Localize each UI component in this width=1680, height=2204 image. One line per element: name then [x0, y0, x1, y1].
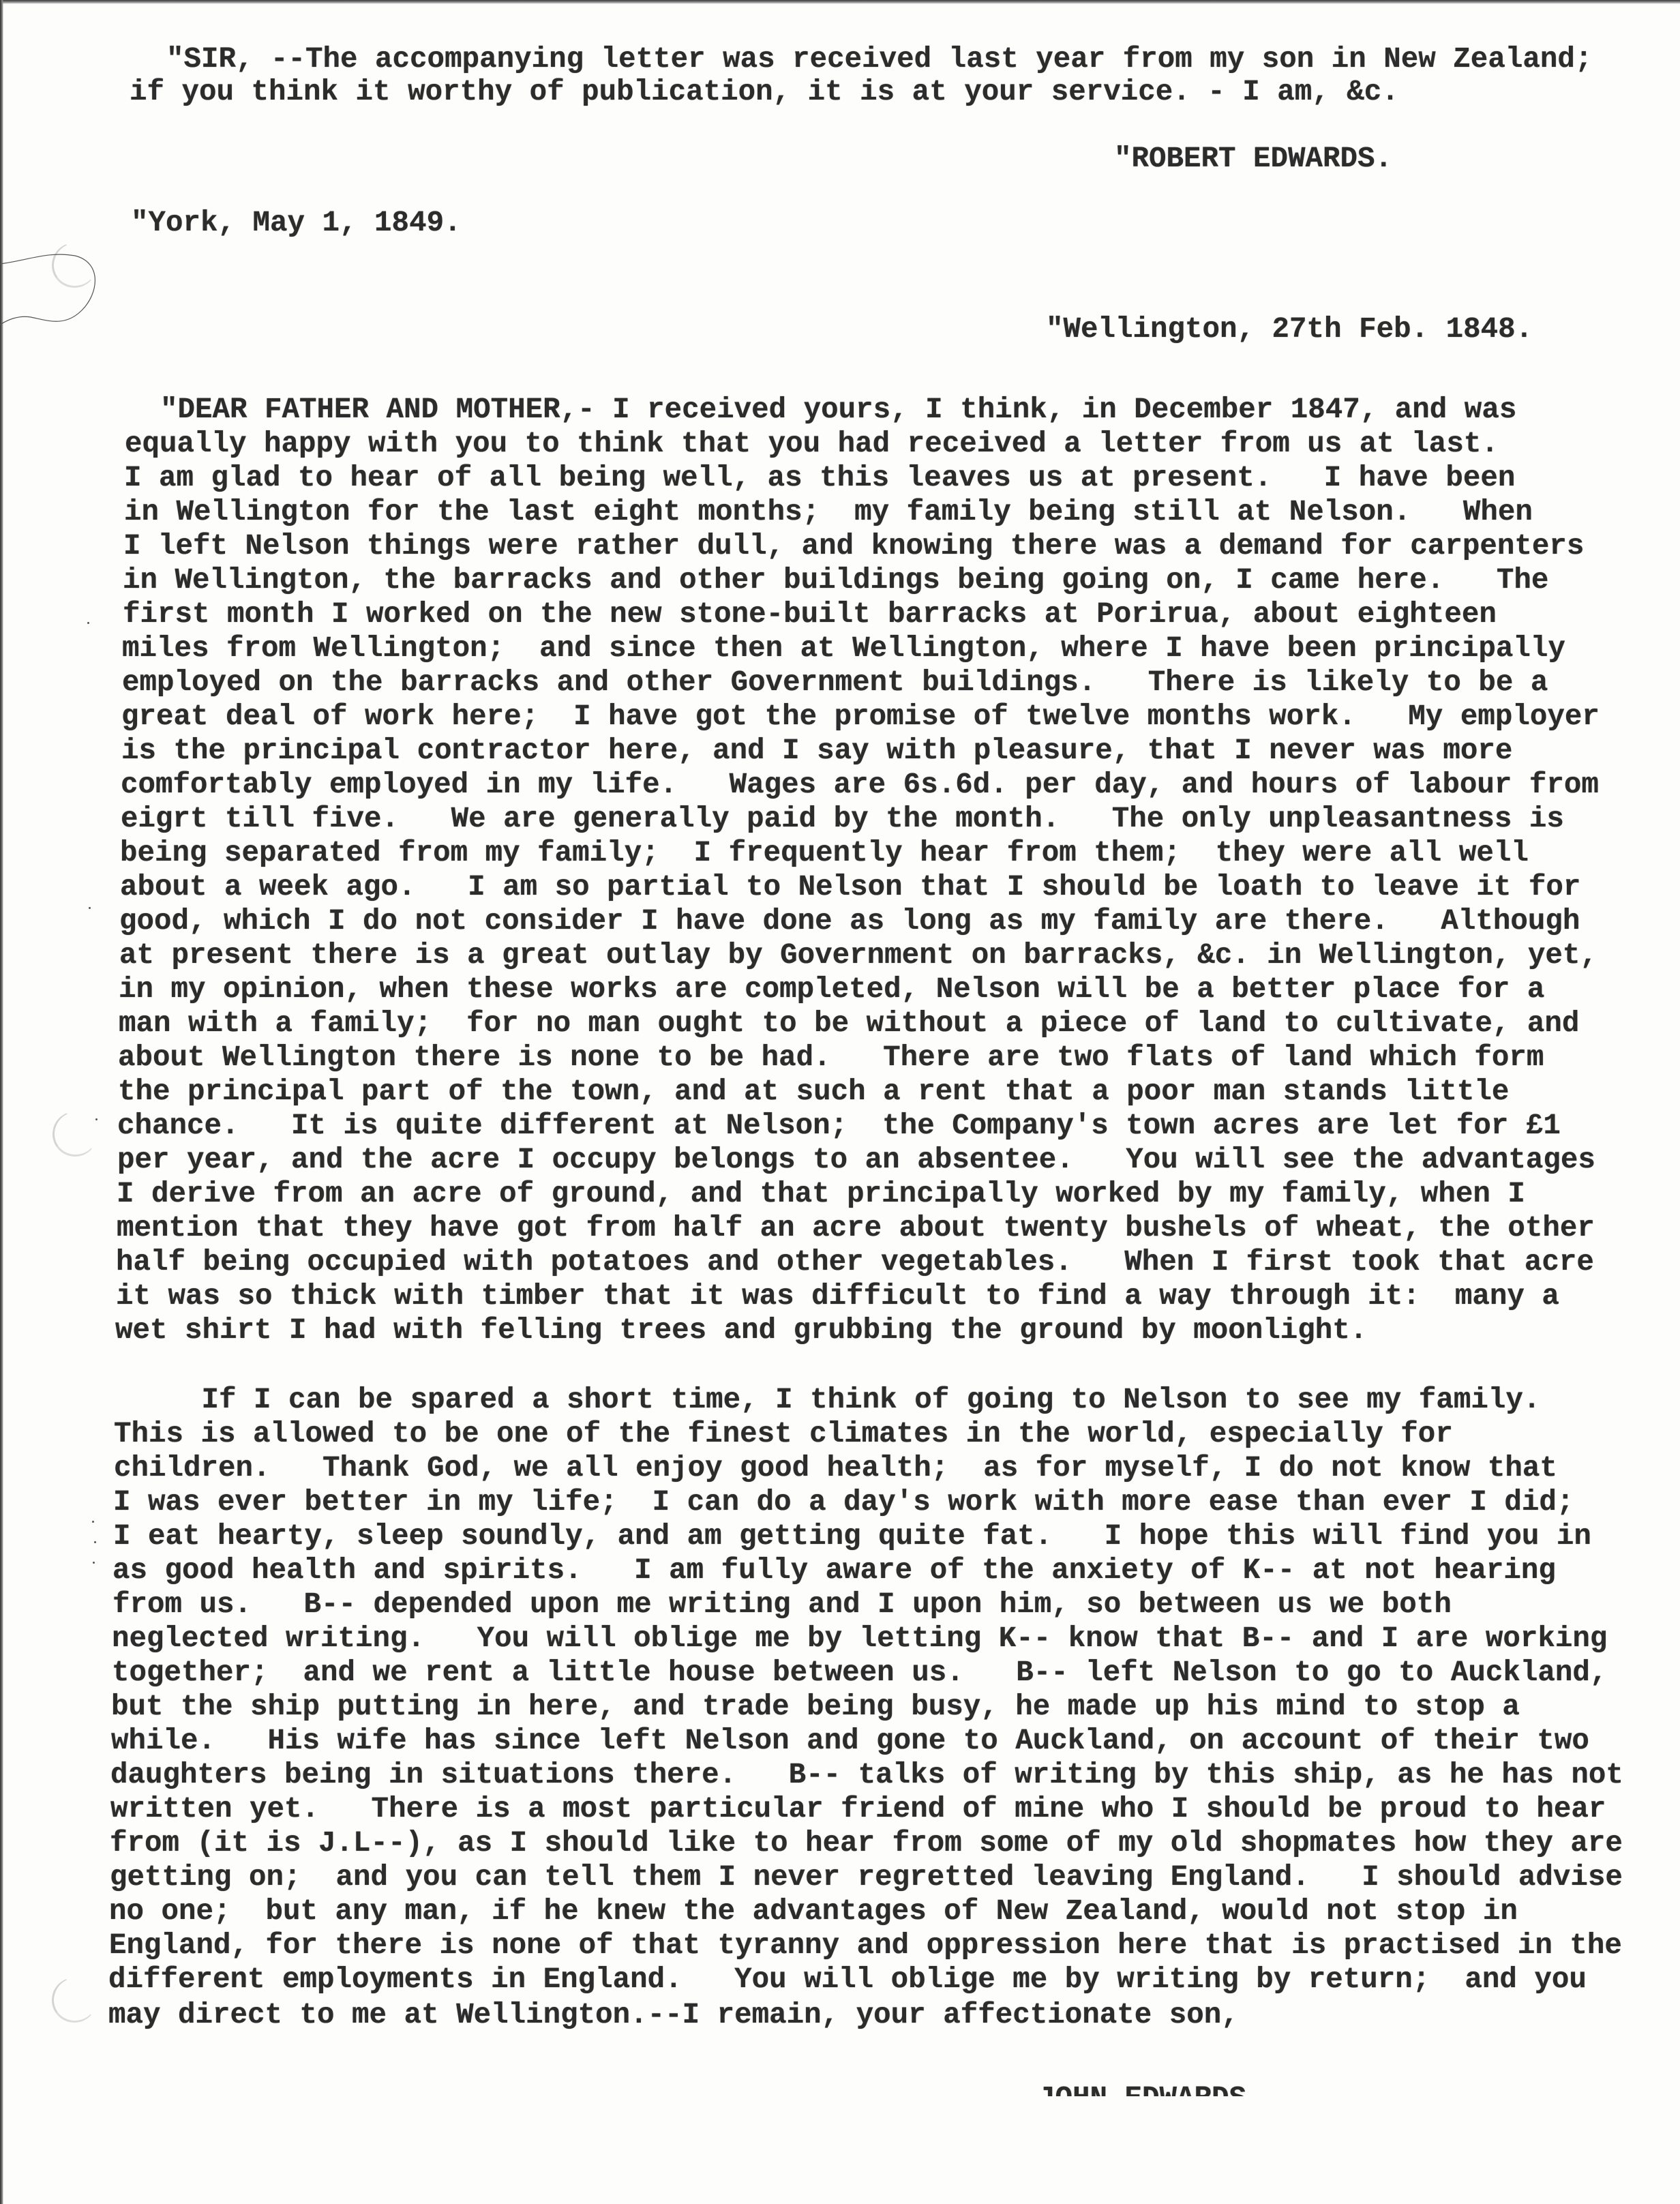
- paragraph-line: from (it is J.L--), as I should like to …: [110, 1829, 1623, 1858]
- scan-edge-top: [0, 0, 1680, 4]
- paragraph-line: as good health and spirits. I am fully a…: [112, 1556, 1556, 1585]
- paragraph-line: at present there is a great outlay by Go…: [119, 941, 1597, 970]
- paragraph-line: first month I worked on the new stone-bu…: [123, 600, 1497, 629]
- paragraph-line: England, for there is none of that tyran…: [109, 1931, 1622, 1961]
- paragraph-line: different employments in England. You wi…: [108, 1965, 1587, 1995]
- paragraph-line: mention that they have got from half an …: [117, 1214, 1595, 1243]
- paragraph-line: about a week ago. I am so partial to Nel…: [120, 873, 1580, 902]
- paragraph-line: miles from Wellington; and since then at…: [122, 634, 1565, 664]
- paragraph-line: no one; but any man, if he knew the adva…: [109, 1897, 1518, 1926]
- paragraph-line: I eat hearty, sleep soundly, and am gett…: [113, 1522, 1591, 1551]
- punch-hole-mark: [48, 1974, 100, 2026]
- paragraph-line: children. Thank God, we all enjoy good h…: [114, 1454, 1557, 1483]
- letter-place-date: "Wellington, 27th Feb. 1848.: [1046, 315, 1533, 344]
- cover-note-line: if you think it worthy of publication, i…: [130, 78, 1399, 107]
- paragraph-line: the principal part of the town, and at s…: [118, 1077, 1509, 1107]
- paragraph-line: I was ever better in my life; I can do a…: [113, 1488, 1574, 1517]
- hair-artifact: [0, 252, 102, 341]
- paragraph-line: If I can be spared a short time, I think…: [115, 1386, 1540, 1415]
- paragraph-line: being separated from my family; I freque…: [120, 839, 1529, 868]
- scan-speck: [89, 907, 91, 909]
- paragraph-line: it was so thick with timber that it was …: [116, 1282, 1559, 1311]
- paragraph-line: while. His wife has since left Nelson an…: [111, 1727, 1589, 1756]
- paragraph-line: is the principal contractor here, and I …: [121, 736, 1512, 766]
- paragraph-line: daughters being in situations there. B--…: [110, 1761, 1623, 1790]
- scanned-page: "SIR, --The accompanying letter was rece…: [0, 0, 1680, 2204]
- paragraph-line: employed on the barracks and other Gover…: [122, 668, 1548, 698]
- paragraph-line: from us. B-- depended upon me writing an…: [112, 1590, 1452, 1620]
- paragraph-line: per year, and the acre I occupy belongs …: [117, 1146, 1595, 1175]
- cover-note-signature: "ROBERT EDWARDS.: [1114, 145, 1392, 174]
- paragraph-line: in Wellington for the last eight months;…: [124, 498, 1533, 527]
- paragraph-line: together; and we rent a little house bet…: [112, 1658, 1607, 1688]
- scan-speck: [94, 1541, 96, 1543]
- scan-speck: [93, 1562, 95, 1564]
- paragraph-line: equally happy with you to think that you…: [125, 430, 1499, 459]
- scan-speck: [92, 1521, 94, 1523]
- paragraph-line: man with a family; for no man ought to b…: [119, 1009, 1579, 1039]
- paragraph-line: in Wellington, the barracks and other bu…: [123, 566, 1548, 595]
- paragraph-line: chance. It is quite different at Nelson;…: [117, 1112, 1561, 1141]
- paragraph-line: but the ship putting in here, and trade …: [111, 1693, 1520, 1722]
- paragraph-line: comfortably employed in my life. Wages a…: [121, 771, 1599, 800]
- paragraph-line: getting on; and you can tell them I neve…: [110, 1863, 1623, 1892]
- cover-note-line: "SIR, --The accompanying letter was rece…: [166, 45, 1592, 74]
- cover-note-place-date: "York, May 1, 1849.: [131, 209, 462, 238]
- punch-hole-mark: [49, 1108, 101, 1160]
- paragraph-line: eigrt till five. We are generally paid b…: [121, 805, 1564, 834]
- paragraph-line: I derive from an acre of ground, and tha…: [117, 1180, 1525, 1209]
- paragraph-line: I am glad to hear of all being well, as …: [124, 464, 1515, 493]
- paragraph-line: "DEAR FATHER AND MOTHER,- I received you…: [160, 396, 1516, 425]
- paragraph-line: half being occupied with potatoes and ot…: [116, 1248, 1594, 1277]
- paragraph-line: wet shirt I had with felling trees and g…: [115, 1316, 1367, 1345]
- paragraph-line: This is allowed to be one of the finest …: [114, 1420, 1453, 1449]
- scan-speck: [87, 622, 89, 624]
- scan-speck: [95, 1118, 97, 1120]
- letter-signature: JOHN EDWARDS: [1038, 2084, 1246, 2096]
- paragraph-line: in my opinion, when these works are comp…: [119, 975, 1544, 1004]
- paragraph-line: great deal of work here; I have got the …: [121, 702, 1600, 732]
- paragraph-line: about Wellington there is none to be had…: [118, 1043, 1544, 1073]
- paragraph-line: may direct to me at Wellington.--I remai…: [108, 2001, 1239, 2030]
- signature-clip: JOHN EDWARDS: [1023, 2080, 1364, 2096]
- paragraph-line: written yet. There is a most particular …: [110, 1795, 1606, 1824]
- paragraph-line: I left Nelson things were rather dull, a…: [123, 532, 1584, 561]
- paragraph-line: good, which I do not consider I have don…: [119, 907, 1580, 936]
- paragraph-line: neglected writing. You will oblige me by…: [112, 1624, 1607, 1654]
